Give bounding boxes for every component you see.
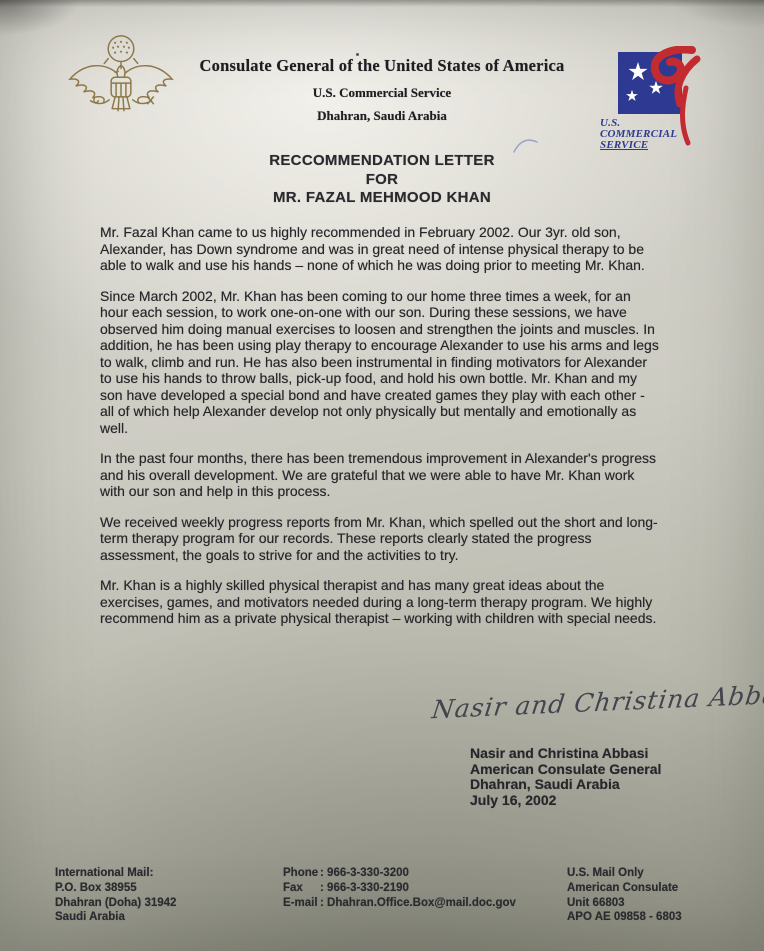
letter-title: RECCOMMENDATION LETTER FOR MR. FAZAL MEH… bbox=[0, 152, 764, 208]
footer-international-mail: International Mail: P.O. Box 38955 Dhahr… bbox=[55, 866, 283, 925]
intl-mail-pobox: P.O. Box 38955 bbox=[55, 881, 283, 896]
title-line-3: MR. FAZAL MEHMOOD KHAN bbox=[0, 189, 764, 208]
pen-mark-dot bbox=[356, 53, 359, 56]
paragraph-3: In the past four months, there has been … bbox=[100, 450, 662, 500]
fax-row: Fax: 966-3-330-2190 bbox=[283, 881, 567, 896]
email-row: E-mail: Dhahran.Office.Box@mail.doc.gov bbox=[283, 896, 567, 911]
us-mail-unit: Unit 66803 bbox=[567, 896, 744, 911]
signer-names: Nasir and Christina Abbasi bbox=[470, 746, 661, 762]
phone-label: Phone bbox=[283, 866, 320, 881]
letter-date: July 16, 2002 bbox=[470, 793, 661, 809]
signer-org: American Consulate General bbox=[470, 762, 661, 778]
intl-mail-country: Saudi Arabia bbox=[55, 910, 283, 925]
title-line-1: RECCOMMENDATION LETTER bbox=[0, 152, 764, 171]
us-mail-apo: APO AE 09858 - 6803 bbox=[567, 910, 744, 925]
separator: : bbox=[320, 867, 324, 879]
paragraph-2: Since March 2002, Mr. Khan has been comi… bbox=[100, 288, 662, 437]
paragraph-1: Mr. Fazal Khan came to us highly recomme… bbox=[100, 224, 662, 274]
handwritten-signature: Nasir and Christina Abbasi bbox=[430, 681, 764, 725]
email-label: E-mail bbox=[283, 896, 320, 911]
separator: : bbox=[320, 897, 324, 909]
fax-label: Fax bbox=[283, 881, 320, 896]
email-address: Dhahran.Office.Box@mail.doc.gov bbox=[327, 897, 516, 909]
letter-body: Mr. Fazal Khan came to us highly recomme… bbox=[100, 224, 662, 641]
us-mail-label: U.S. Mail Only bbox=[567, 866, 744, 881]
signer-location: Dhahran, Saudi Arabia bbox=[470, 777, 661, 793]
phone-number: 966-3-330-3200 bbox=[327, 867, 409, 879]
letter-page: Consulate General of the United States o… bbox=[0, 0, 764, 951]
intl-mail-city: Dhahran (Doha) 31942 bbox=[55, 896, 283, 911]
intl-mail-label: International Mail: bbox=[55, 866, 283, 881]
us-mail-consulate: American Consulate bbox=[567, 881, 744, 896]
footer-us-mail: U.S. Mail Only American Consulate Unit 6… bbox=[567, 866, 744, 925]
phone-row: Phone: 966-3-330-3200 bbox=[283, 866, 567, 881]
separator: : bbox=[320, 882, 324, 894]
paragraph-4: We received weekly progress reports from… bbox=[100, 514, 662, 564]
footer-contact: Phone: 966-3-330-3200 Fax: 966-3-330-219… bbox=[283, 866, 567, 925]
fax-number: 966-3-330-2190 bbox=[327, 882, 409, 894]
paragraph-5: Mr. Khan is a highly skilled physical th… bbox=[100, 577, 662, 627]
signature-block: Nasir and Christina Abbasi American Cons… bbox=[470, 746, 661, 809]
us-commercial-service-logo: U.S. COMMERCIAL SERVICE bbox=[598, 46, 710, 152]
title-line-2: FOR bbox=[0, 171, 764, 190]
letter-footer: International Mail: P.O. Box 38955 Dhahr… bbox=[55, 866, 744, 925]
